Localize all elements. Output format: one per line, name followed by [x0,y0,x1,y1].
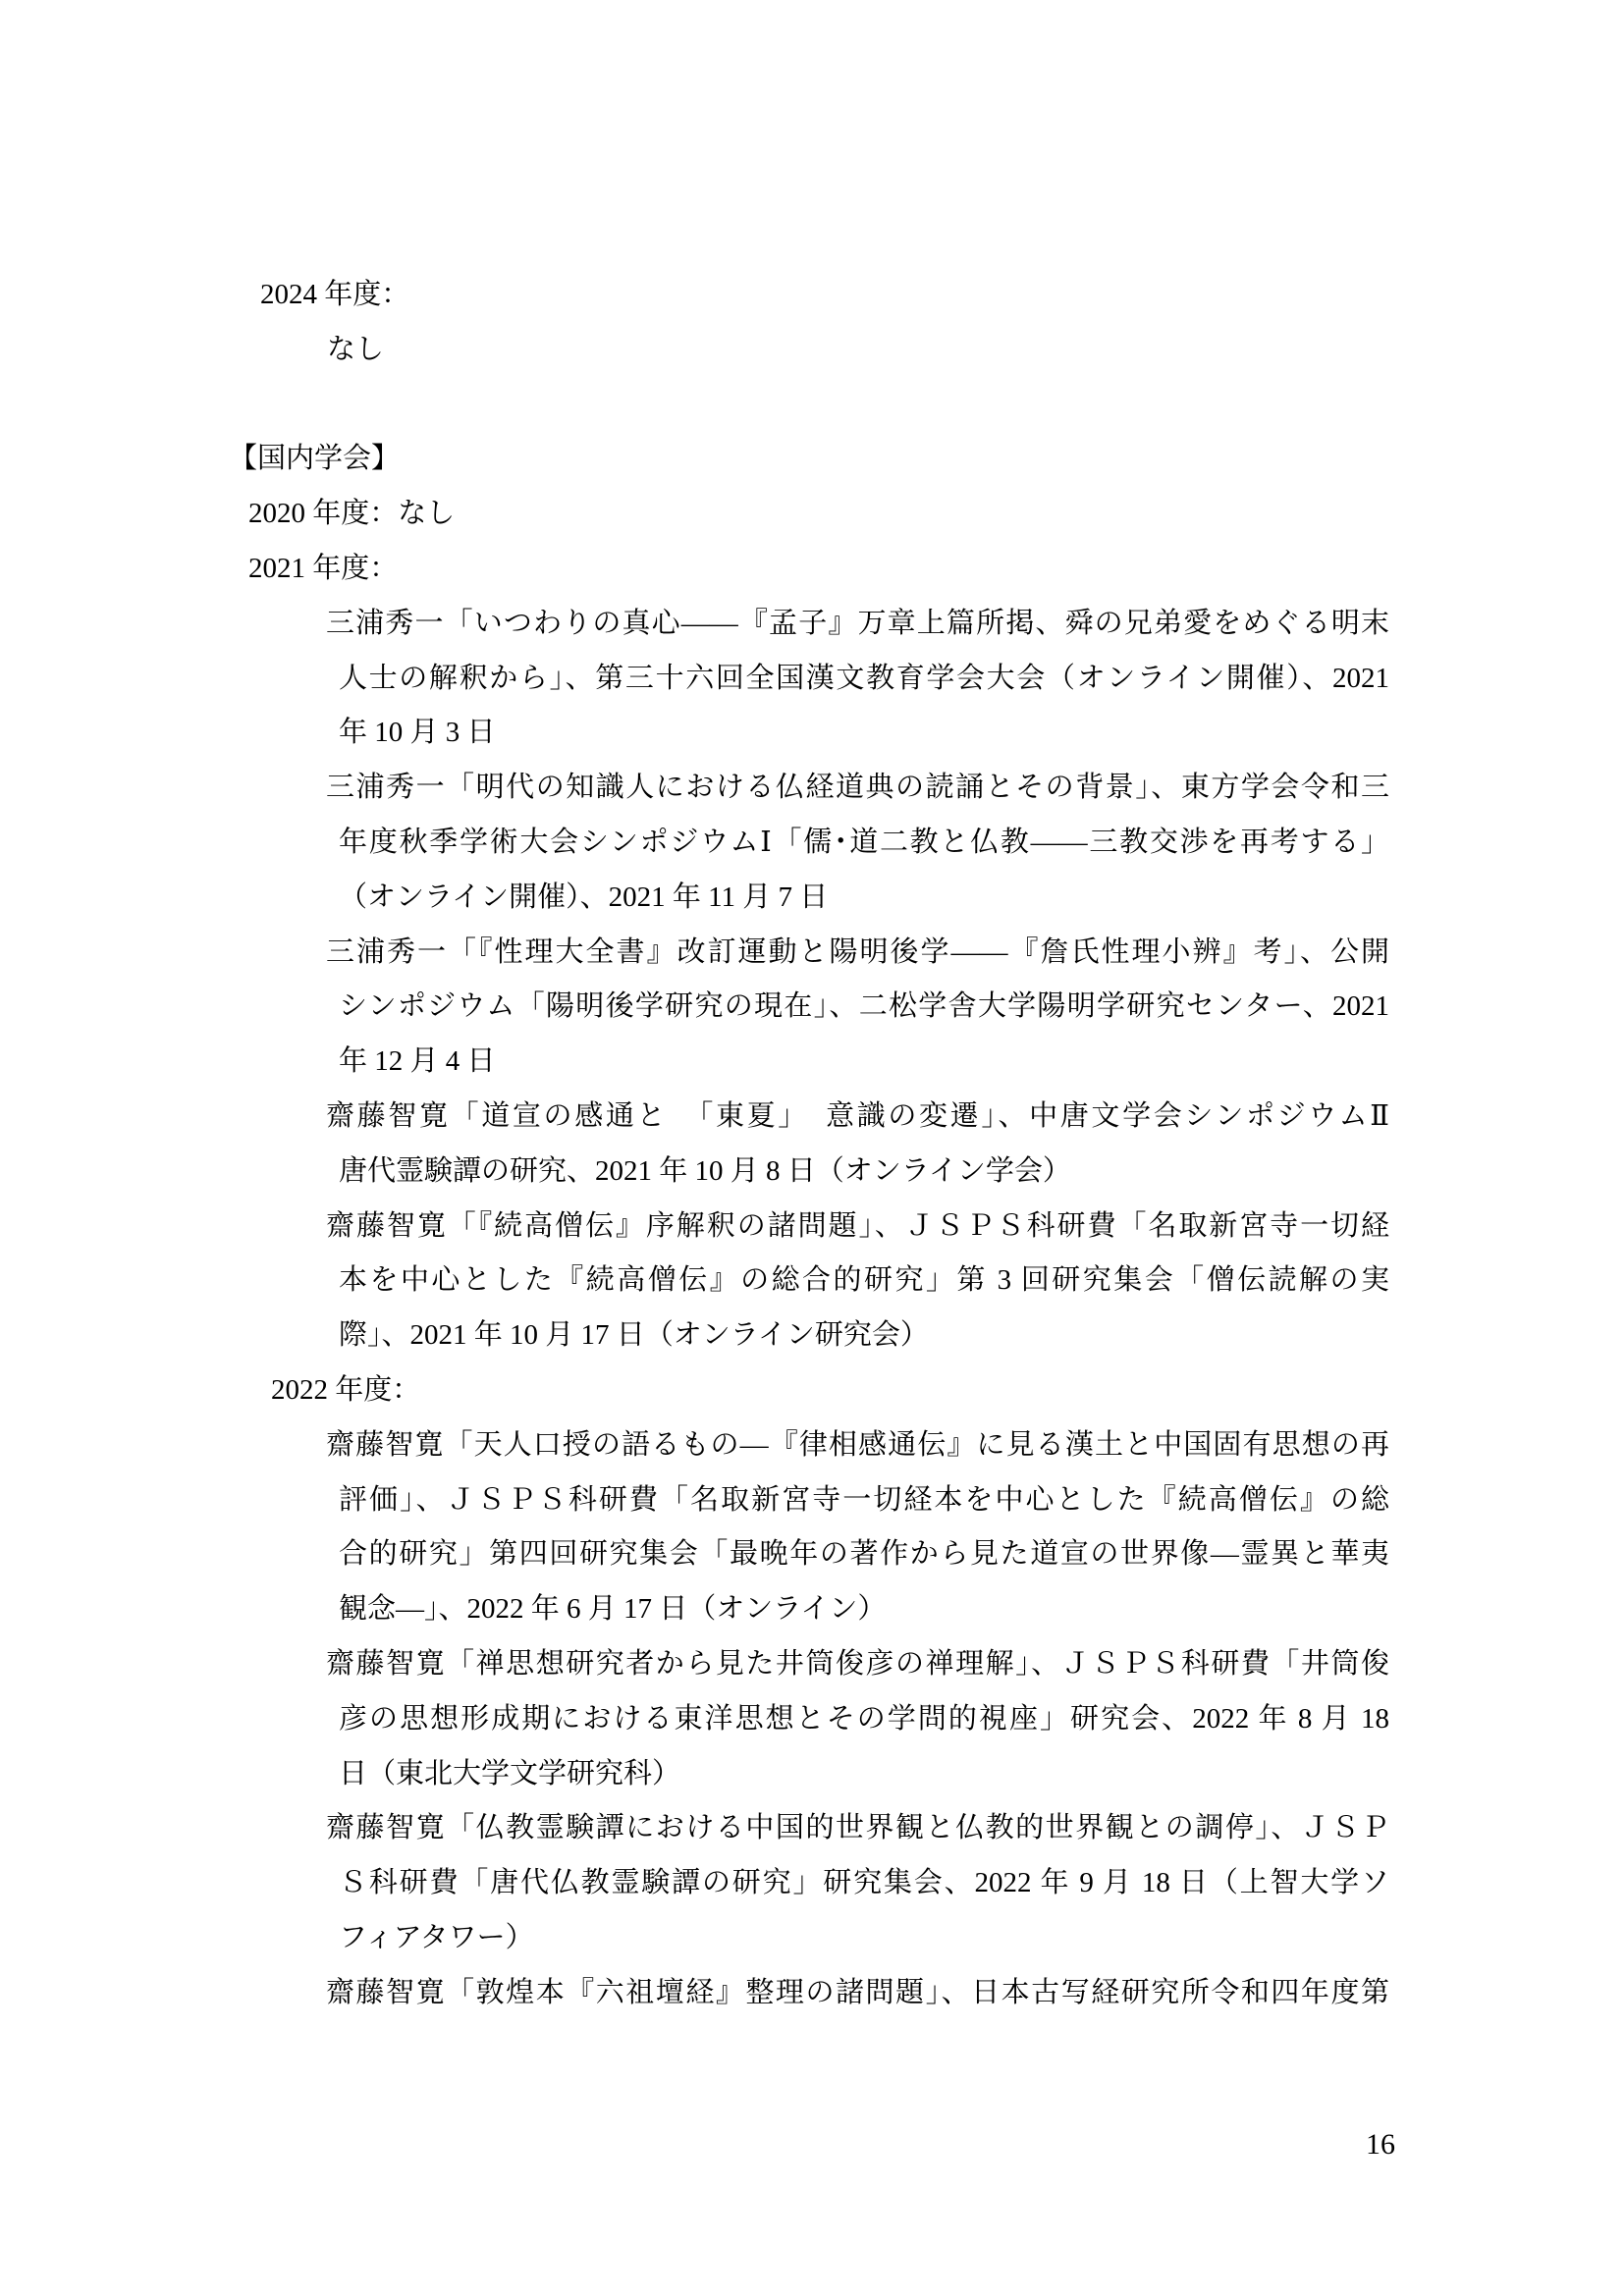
document-line: 観念―」、2022 年 6 月 17 日（オンライン） [339,1582,1624,1637]
document-line: 齋藤智寛「禅思想研究者から見た井筒俊彦の禅理解」、ＪＳＰＳ科研費「井筒俊 [326,1637,1389,1692]
document-body: 2024 年度：なし【国内学会】2020 年度：なし2021 年度：三浦秀一「い… [0,268,1624,2021]
document-line: 人士の解釈から」、第三十六回全国漢文教育学会大会（オンライン開催）、2021 [339,652,1389,707]
document-line: 年 12 月 4 日 [339,1035,1624,1090]
document-line: 三浦秀一「明代の知識人における仏経道典の読誦とその背景」、東方学会令和三 [326,761,1389,816]
document-line: フィアタワー） [339,1911,1624,1966]
document-line: （オンライン開催）、2021 年 11 月 7 日 [339,871,1624,926]
document-line: Ｓ科研費「唐代仏教霊験譚の研究」研究集会、2022 年 9 月 18 日（上智大… [339,1856,1389,1911]
document-line: 三浦秀一「『性理大全書』改訂運動と陽明後学――『詹氏性理小辨』考」、公開 [326,926,1389,981]
document-line: 齋藤智寛「仏教霊験譚における中国的世界観と仏教的世界観との調停」、ＪＳＰ [326,1801,1389,1856]
page-number: 16 [1366,2127,1395,2163]
document-line: 評価」、ＪＳＰＳ科研費「名取新宮寺一切経本を中心とした『続高僧伝』の総 [339,1473,1389,1528]
document-page: 2024 年度：なし【国内学会】2020 年度：なし2021 年度：三浦秀一「い… [0,0,1624,2296]
document-line: 年 10 月 3 日 [339,706,1624,761]
document-line: 年度秋季学術大会シンポジウムⅠ「儒･道二教と仏教――三教交渉を再考する」 [339,816,1389,871]
document-line: 齋藤智寛「『続高僧伝』序解釈の諸問題」、ＪＳＰＳ科研費「名取新宮寺一切経 [326,1200,1389,1255]
document-line: なし [327,323,1624,378]
document-line: 2024 年度： [260,268,1624,323]
document-line: 齋藤智寛「道宣の感通と 「東夏」 意識の変遷」、中唐文学会シンポジウムⅡ [326,1090,1389,1145]
document-line: 齋藤智寛「天人口授の語るもの―『律相感通伝』に見る漢土と中国固有思想の再 [326,1418,1389,1473]
document-line: 2022 年度： [271,1363,1624,1418]
document-line: 2021 年度： [248,542,1624,597]
document-line: 際」、2021 年 10 月 17 日（オンライン研究会） [339,1308,1624,1363]
document-line: 合的研究」第四回研究集会「最晩年の著作から見た道宣の世界像―霊異と華夷 [339,1527,1389,1582]
document-line: 2020 年度：なし [248,487,1624,542]
document-line: 三浦秀一「いつわりの真心――『孟子』万章上篇所掲、舜の兄弟愛をめぐる明末 [326,597,1389,652]
document-line: 日（東北大学文学研究科） [339,1747,1624,1802]
document-line: 彦の思想形成期における東洋思想とその学問的視座」研究会、2022 年 8 月 1… [339,1692,1389,1747]
document-line: 本を中心とした『続高僧伝』の総合的研究」第 3 回研究集会「僧伝読解の実 [339,1254,1389,1308]
document-line: 齋藤智寛「敦煌本『六祖壇経』整理の諸問題」、日本古写経研究所令和四年度第 [326,1966,1389,2021]
document-line: 唐代霊験譚の研究、2021 年 10 月 8 日（オンライン学会） [339,1145,1624,1200]
section-header: 【国内学会】 [229,432,1624,487]
document-line [0,378,1624,433]
document-line: シンポジウム「陽明後学研究の現在」、二松学舎大学陽明学研究センター、2021 [339,980,1389,1035]
